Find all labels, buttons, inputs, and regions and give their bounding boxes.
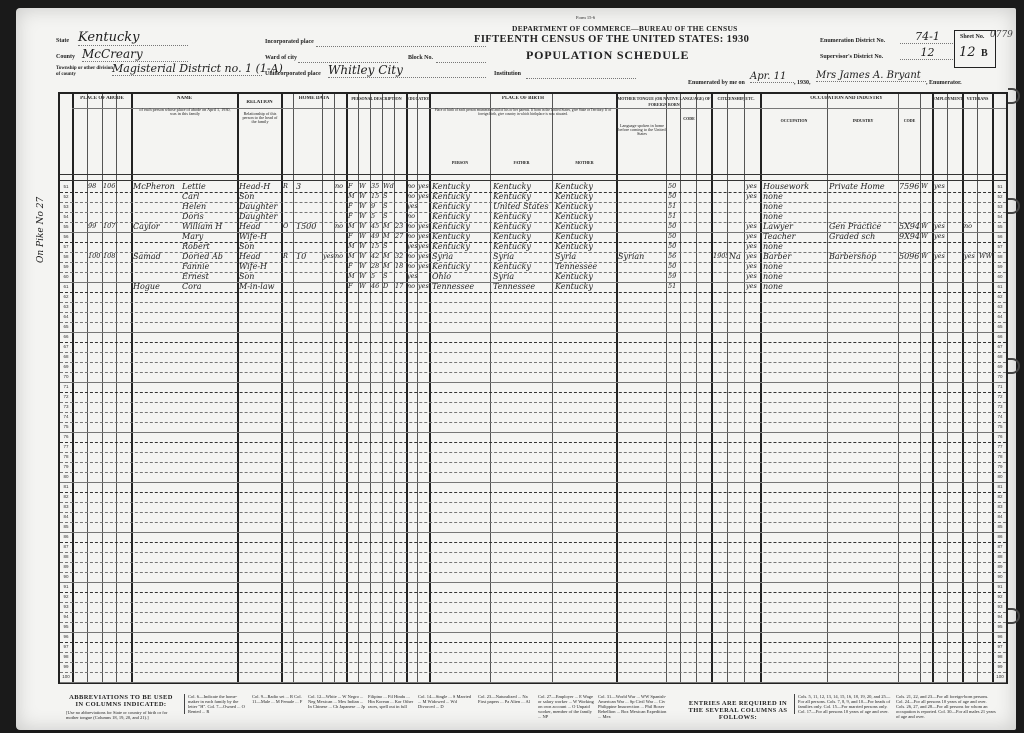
cell-english: yes — [746, 232, 760, 240]
cell-class: W — [921, 182, 932, 190]
binding-hole — [1008, 88, 1020, 104]
cell-sex: M — [348, 272, 358, 280]
line-number: 73 — [59, 404, 73, 409]
cell-school: no — [407, 222, 417, 230]
table-row: 99107CaylorWilliam HHeadO1500noMW45M23no… — [60, 222, 1006, 232]
cell-owned: R — [283, 252, 293, 260]
code2-label: CODE — [899, 118, 920, 124]
line-number: 96 — [993, 634, 1007, 639]
cell-race: W — [359, 212, 370, 220]
line-number: 75 — [993, 424, 1007, 429]
cell-family: 106 — [103, 182, 117, 190]
cell-race: W — [359, 222, 370, 230]
cell-code-a: 50 — [668, 262, 680, 270]
abbrev-col12b: Filipino ... Fil Hindu ... Hin Korean ..… — [368, 694, 414, 709]
line-number: 77 — [993, 444, 1007, 449]
line-number: 62 — [59, 294, 73, 299]
cell-birth: Tennessee — [432, 282, 490, 291]
cell-age-marr: 17 — [395, 282, 406, 290]
line-number: 74 — [59, 414, 73, 419]
cell-mother: Kentucky — [555, 182, 615, 191]
cell-age: 5 — [371, 212, 382, 220]
cell-sex: F — [348, 262, 358, 270]
schedule-title: POPULATION SCHEDULE — [526, 48, 689, 63]
ward-value — [298, 54, 398, 63]
cell-father: Kentucky — [493, 192, 552, 201]
cell-age: 49 — [371, 232, 382, 240]
line-number: 81 — [59, 484, 73, 489]
cell-race: W — [359, 252, 370, 260]
cell-sex: F — [348, 212, 358, 220]
cell-dwelling: 98 — [88, 182, 102, 190]
cell-owned: O — [283, 222, 293, 230]
cell-mother: Tennessee — [555, 262, 615, 271]
binding-hole — [1008, 358, 1020, 374]
state-value: Kentucky — [78, 30, 188, 46]
line-number: 95 — [59, 624, 73, 629]
abbrev-col9: Col. 9—Radio set ... R Col. 11—Male ... … — [252, 694, 304, 704]
table-row: MaryWife-HFW49M27noyesKentuckyKentuckyKe… — [60, 232, 1006, 242]
cell-code-a: 51 — [668, 282, 680, 290]
cell-age: 45 — [371, 222, 382, 230]
industry-label: INDUSTRY — [828, 118, 898, 124]
cell-code-a: 50 — [668, 182, 680, 190]
cell-class: W — [921, 252, 932, 260]
table-row: FannieWife-HFW28M18noyesKentuckyKentucky… — [60, 262, 1006, 272]
unincorporated-value: Whitley City — [328, 63, 486, 78]
cell-occupation: none — [763, 272, 827, 281]
group-employment: EMPLOYMENT — [933, 96, 962, 102]
line-number: 81 — [993, 484, 1007, 489]
cell-age: 42 — [371, 252, 382, 260]
group-citizenship: CITIZENSHIP, ETC. — [712, 96, 760, 102]
year-label: , 1930, — [794, 80, 811, 86]
cell-at-work: yes — [934, 232, 947, 240]
cell-code-a: 50 — [668, 192, 680, 200]
cell-read: yes — [418, 282, 429, 290]
enumerator-name: Mrs James A. Bryant — [816, 70, 926, 82]
incorporated-label: Incorporated place — [265, 39, 314, 45]
cell-marital: D — [383, 282, 394, 290]
archive-stamp: 0779 — [990, 30, 1013, 40]
cell-farm: no — [335, 222, 346, 230]
cell-relation: Head-H — [239, 182, 281, 191]
entries-a: Cols. 5, 11, 12, 13, 14, 15, 16, 18, 19,… — [794, 694, 893, 714]
cell-value: 3 — [296, 182, 322, 191]
abbrev-col23: Col. 23—Naturalized ... Na First papers … — [478, 694, 534, 704]
abbrev-note: [Use no abbreviations for State or count… — [66, 710, 176, 720]
cell-marital: Wd — [383, 182, 394, 190]
cell-war: WW — [979, 252, 992, 260]
cell-sex: F — [348, 202, 358, 210]
cell-race: W — [359, 282, 370, 290]
cell-age: 35 — [371, 182, 382, 190]
line-number: 84 — [59, 514, 73, 519]
line-number: 71 — [993, 384, 1007, 389]
line-number: 70 — [59, 374, 73, 379]
cell-english: yes — [746, 182, 760, 190]
line-number: 77 — [59, 444, 73, 449]
line-number: 100 — [59, 674, 73, 679]
cell-given: Carl — [182, 192, 236, 201]
cell-given: Cora — [182, 282, 236, 291]
line-number: 66 — [993, 334, 1007, 339]
cell-relation: M-in-law — [239, 282, 281, 291]
sheet-value: 12 — [959, 45, 976, 60]
sheet-side: B — [981, 48, 988, 59]
cell-industry: Barbershop — [829, 252, 897, 261]
cell-family: 108 — [103, 252, 117, 260]
line-number: 93 — [59, 604, 73, 609]
institution-label: Institution — [494, 71, 521, 77]
table-row: DorisDaughterFW5SnoKentuckyKentuckyKentu… — [60, 212, 1006, 222]
county-label: County — [56, 54, 75, 60]
line-number: 73 — [993, 404, 1007, 409]
cell-surname: McPheron — [133, 182, 181, 191]
county-value: McCreary — [82, 47, 188, 62]
enum-district-value: 74-1 — [900, 30, 955, 44]
cell-occupation: none — [763, 282, 827, 291]
cell-sex: M — [348, 222, 358, 230]
line-number: 83 — [59, 504, 73, 509]
cell-class: W — [921, 232, 932, 240]
cell-sex: F — [348, 282, 358, 290]
line-number: 75 — [59, 424, 73, 429]
line-number: 98 — [59, 654, 73, 659]
cell-age-marr: 32 — [395, 252, 406, 260]
line-number: 93 — [993, 604, 1007, 609]
cell-marital: M — [383, 252, 394, 260]
cell-school: yes — [407, 272, 417, 280]
cell-mother: Kentucky — [555, 282, 615, 291]
line-number: 83 — [993, 504, 1007, 509]
cell-birth: Kentucky — [432, 262, 490, 271]
line-number: 72 — [59, 394, 73, 399]
cell-school: no — [407, 262, 417, 270]
line-number: 95 — [993, 624, 1007, 629]
cell-school: no — [407, 212, 417, 220]
cell-code-a: 56 — [668, 252, 680, 260]
cell-birth: Kentucky — [432, 192, 490, 201]
cell-age-marr: 18 — [395, 262, 406, 270]
cell-english: yes — [746, 242, 760, 250]
cell-relation: Son — [239, 272, 281, 281]
table-row: RobertSonMW15SyesyesKentuckyKentuckyKent… — [60, 242, 1006, 252]
line-number: 94 — [993, 614, 1007, 619]
abbrev-col27: Col. 27—Employer ... E Wage or salary wo… — [538, 694, 594, 719]
group-education: EDUCATION — [407, 96, 429, 102]
cell-value: 1500 — [296, 222, 322, 231]
cell-mother: Syria — [555, 252, 615, 261]
cell-relation: Son — [239, 242, 281, 251]
line-number: 88 — [993, 554, 1007, 559]
line-number: 70 — [993, 374, 1007, 379]
cell-surname: Hogue — [133, 282, 181, 291]
enumerator-label: , Enumerator. — [926, 80, 962, 86]
line-number: 87 — [993, 544, 1007, 549]
cell-school: no — [407, 282, 417, 290]
cell-english: yes — [746, 282, 760, 290]
incorporated-value — [316, 38, 486, 47]
cell-occupation: none — [763, 192, 827, 201]
group-place-of-birth: PLACE OF BIRTH — [430, 96, 616, 102]
cell-race: W — [359, 262, 370, 270]
cell-code-a: 51 — [668, 202, 680, 210]
cell-father: Kentucky — [493, 212, 552, 221]
cell-marital: S — [383, 202, 394, 210]
line-number: 89 — [993, 564, 1007, 569]
line-number: 69 — [993, 364, 1007, 369]
line-number: 92 — [993, 594, 1007, 599]
cell-given: Lettie — [182, 182, 236, 191]
cell-read: yes — [418, 182, 429, 190]
line-number: 68 — [993, 354, 1007, 359]
cell-industry: Graded sch — [829, 232, 897, 241]
abbrev-col6: Col. 6—Indicate the home-maker in each f… — [184, 694, 248, 714]
cell-occupation: none — [763, 202, 827, 211]
line-number: 64 — [993, 314, 1007, 319]
group-personal-description: PERSONAL DESCRIPTION — [347, 96, 406, 102]
cell-lang: Syrian — [618, 252, 666, 261]
group-home-data: HOME DATA — [282, 96, 346, 102]
cell-radio: yes — [323, 252, 334, 260]
line-number: 65 — [993, 324, 1007, 329]
cell-value: 10 — [296, 252, 322, 261]
cell-relation: Wife-H — [239, 232, 281, 241]
line-number: 92 — [59, 594, 73, 599]
cell-code-a: 50 — [668, 222, 680, 230]
cell-father: Syria — [493, 252, 552, 261]
cell-dwelling: 100 — [88, 252, 102, 260]
cell-age-marr: 23 — [395, 222, 406, 230]
ward-label: Ward of city — [265, 55, 297, 61]
cell-occupation: Lawyer — [763, 222, 827, 231]
table-row: CarlSonMW15SnoyesKentuckyKentuckyKentuck… — [60, 192, 1006, 202]
line-number: 88 — [59, 554, 73, 559]
abbrev-col14: Col. 14—Single ... S Married ... M Widow… — [418, 694, 474, 709]
line-number: 80 — [993, 474, 1007, 479]
binding-hole — [1008, 198, 1020, 214]
birth-mother-label: MOTHER — [553, 160, 616, 166]
block-value — [436, 54, 486, 63]
line-number: 100 — [993, 674, 1007, 679]
unincorporated-label: Unincorporated place — [265, 71, 321, 77]
cell-marital: M — [383, 222, 394, 230]
cell-family: 107 — [103, 222, 117, 230]
cell-industry: Gen Practice — [829, 222, 897, 231]
cell-relation: Head — [239, 222, 281, 231]
cell-sex: F — [348, 182, 358, 190]
cell-relation: Daughter — [239, 202, 281, 211]
cell-school: no — [407, 232, 417, 240]
cell-farm: no — [335, 182, 346, 190]
binding-hole — [1008, 608, 1020, 624]
line-number: 79 — [993, 464, 1007, 469]
line-number: 78 — [59, 454, 73, 459]
line-number: 86 — [993, 534, 1007, 539]
institution-value — [526, 70, 636, 79]
cell-code-a: 59 — [668, 272, 680, 280]
cell-occupation: none — [763, 242, 827, 251]
cell-nat: Na — [729, 252, 744, 261]
cell-age: 9 — [371, 202, 382, 210]
cell-code-a: 51 — [668, 212, 680, 220]
cell-at-work: yes — [934, 252, 947, 260]
table-row: 98106McPheronLettieHead-HR3noFW35Wdnoyes… — [60, 182, 1006, 192]
line-number: 69 — [59, 364, 73, 369]
line-number: 97 — [993, 644, 1007, 649]
township-value: Magisterial District no. 1 (1-A) — [112, 62, 262, 76]
cell-given: Robert — [182, 242, 236, 251]
cell-father: Kentucky — [493, 242, 552, 251]
margin-note: On Pike No 27 — [36, 197, 46, 263]
cell-english: yes — [746, 252, 760, 260]
census-title: FIFTEENTH CENSUS OF THE UNITED STATES: 1… — [474, 34, 749, 45]
line-number: 89 — [59, 564, 73, 569]
abbrev-title: ABBREVIATIONS TO BE USED IN COLUMNS INDI… — [66, 694, 176, 708]
cell-at-work: yes — [934, 182, 947, 190]
cell-vet: yes — [964, 252, 977, 260]
cell-father: Kentucky — [493, 262, 552, 271]
line-number: 68 — [59, 354, 73, 359]
cell-english: yes — [746, 272, 760, 280]
cell-read: yes — [418, 192, 429, 200]
cell-father: Kentucky — [493, 182, 552, 191]
enumerated-date: Apr. 11 — [750, 71, 794, 83]
line-number: 99 — [993, 664, 1007, 669]
group-place-of-abode: PLACE OF ABODE — [73, 96, 131, 102]
cell-given: Mary — [182, 232, 236, 241]
line-number: 99 — [59, 664, 73, 669]
cell-birth: Kentucky — [432, 202, 490, 211]
line-number: 85 — [59, 524, 73, 529]
table-row: 100108SamadDoried AbHeadR10yesnoMW42M32n… — [60, 252, 1006, 262]
cell-age: 46 — [371, 282, 382, 290]
census-sheet: State Kentucky County McCreary Township … — [16, 8, 1016, 730]
line-number: 76 — [993, 434, 1007, 439]
cell-school: yes — [407, 242, 417, 250]
line-number: 67 — [993, 344, 1007, 349]
line-number: 97 — [59, 644, 73, 649]
cell-code-a: 50 — [668, 242, 680, 250]
line-number: 79 — [59, 464, 73, 469]
line-number: 90 — [59, 574, 73, 579]
language-description: Language spoken in home before coming to… — [618, 124, 666, 137]
cell-occ-code: 5X94 — [899, 222, 920, 231]
line-number: 82 — [59, 494, 73, 499]
cell-given: William H — [182, 222, 236, 231]
cell-vet: no — [964, 222, 977, 230]
cell-marital: S — [383, 192, 394, 200]
cell-mother: Kentucky — [555, 272, 615, 281]
cell-read: yes — [418, 222, 429, 230]
cell-occupation: Teacher — [763, 232, 827, 241]
cell-school: no — [407, 192, 417, 200]
line-number: 74 — [993, 414, 1007, 419]
line-number: 65 — [59, 324, 73, 329]
table-row: HelenDaughterFW9SyesKentuckyUnited State… — [60, 202, 1006, 212]
cell-sex: F — [348, 232, 358, 240]
line-number: 63 — [993, 304, 1007, 309]
cell-age: 5 — [371, 272, 382, 280]
birth-father-label: FATHER — [491, 160, 552, 166]
cell-surname: Caylor — [133, 222, 181, 231]
group-veterans: VETERANS — [963, 96, 992, 102]
cell-race: W — [359, 182, 370, 190]
line-number: 82 — [993, 494, 1007, 499]
line-number: 98 — [993, 654, 1007, 659]
cell-birth: Syria — [432, 252, 490, 261]
birth-person-label: PERSON — [430, 160, 490, 166]
supervisor-label: Supervisor's District No. — [820, 54, 883, 60]
cell-school: no — [407, 182, 417, 190]
cell-relation: Wife-H — [239, 262, 281, 271]
census-table: PLACE OF ABODE NAME of each person whose… — [58, 92, 1008, 684]
cell-relation: Son — [239, 192, 281, 201]
line-number: 84 — [993, 514, 1007, 519]
entries-title: ENTRIES ARE REQUIRED IN THE SEVERAL COLU… — [688, 700, 788, 721]
line-number: 64 — [59, 314, 73, 319]
abbrev-col12: Col. 12—White ... W Negro ... Neg Mexica… — [308, 694, 368, 709]
cell-given: Fannie — [182, 262, 236, 271]
cell-age: 15 — [371, 242, 382, 250]
cell-occupation: none — [763, 212, 827, 221]
line-number: 63 — [59, 304, 73, 309]
cell-given: Helen — [182, 202, 236, 211]
cell-mother: Kentucky — [555, 232, 615, 241]
cell-marital: M — [383, 262, 394, 270]
cell-sex: M — [348, 242, 358, 250]
cell-relation: Daughter — [239, 212, 281, 221]
cell-marital: S — [383, 242, 394, 250]
cell-age-marr: 27 — [395, 232, 406, 240]
cell-occupation: Barber — [763, 252, 827, 261]
cell-occ-code: 9X94 — [899, 232, 920, 241]
abbrev-col31: Col. 31—World War ... WW Spanish-America… — [598, 694, 668, 719]
line-number: 90 — [993, 574, 1007, 579]
cell-occupation: Housework — [763, 182, 827, 191]
cell-birth: Kentucky — [432, 222, 490, 231]
line-number: 87 — [59, 544, 73, 549]
cell-birth: Kentucky — [432, 232, 490, 241]
group-mother-tongue: MOTHER TONGUE (OR NATIVE LANGUAGE) OF FO… — [617, 96, 711, 108]
sheet-label: Sheet No. — [960, 34, 984, 40]
cell-birth: Ohio — [432, 272, 490, 281]
group-name: NAME — [132, 96, 237, 102]
group-relation: RELATION — [238, 100, 281, 106]
cell-marital: S — [383, 212, 394, 220]
occupation-label: OCCUPATION — [761, 118, 827, 124]
cell-farm: no — [335, 252, 346, 260]
cell-mother: Kentucky — [555, 202, 615, 211]
cell-race: W — [359, 202, 370, 210]
line-number: 86 — [59, 534, 73, 539]
cell-sex: M — [348, 252, 358, 260]
cell-imm: 1905 — [713, 252, 727, 260]
table-row: ErnestSonMW5SyesOhioSyriaKentucky59yesno… — [60, 272, 1006, 282]
cell-dwelling: 99 — [88, 222, 102, 230]
line-number: 71 — [59, 384, 73, 389]
cell-marital: S — [383, 272, 394, 280]
cell-father: Kentucky — [493, 232, 552, 241]
cell-mother: Kentucky — [555, 242, 615, 251]
line-number: 80 — [59, 474, 73, 479]
cell-father: Tennessee — [493, 282, 552, 291]
cell-school: yes — [407, 202, 417, 210]
cell-occ-code: 5096 — [899, 252, 920, 261]
birth-description: Place of birth of each person enumerated… — [432, 108, 614, 116]
cell-at-work: yes — [934, 222, 947, 230]
